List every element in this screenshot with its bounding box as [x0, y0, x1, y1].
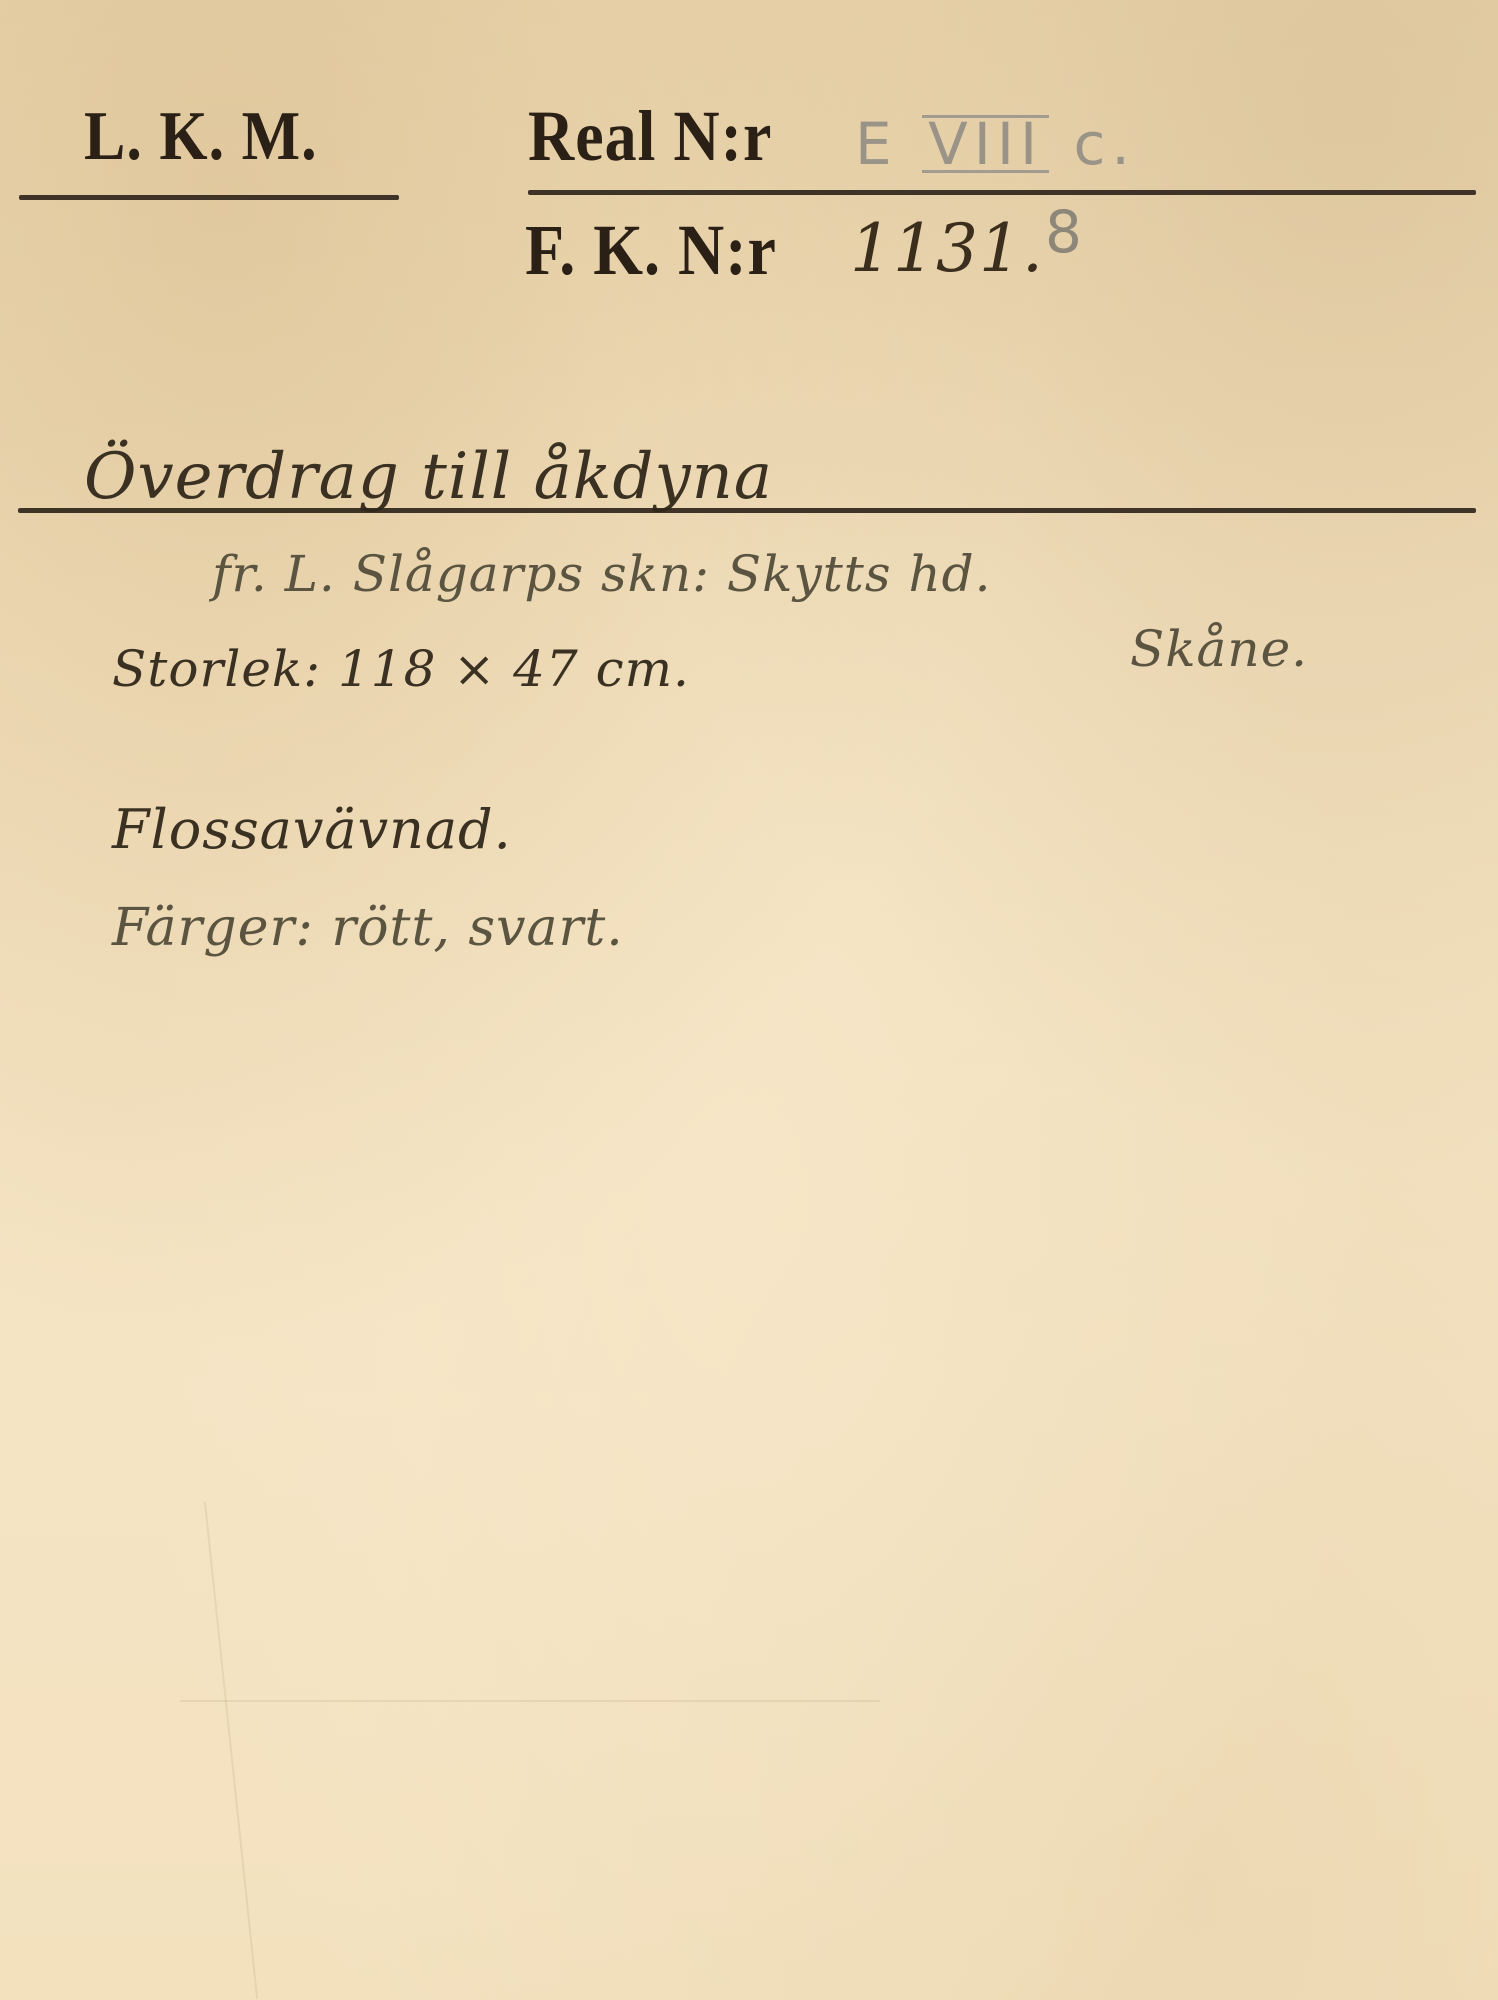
object-title: Överdrag till åkdyna [84, 440, 773, 514]
catalog-card: L. K. M. Real N:r E VIII c. F. K. N:r 11… [0, 0, 1498, 2000]
real-nr-suffix: c. [1074, 110, 1136, 178]
title-rule [18, 508, 1476, 513]
fk-nr-label: F. K. N:r [525, 209, 777, 292]
real-nr-prefix: E [855, 110, 898, 178]
institution-label: L. K. M. [84, 97, 318, 177]
object-colors: Färger: rött, svart. [112, 898, 624, 958]
paper-crease [180, 1700, 880, 1702]
real-nr-label: Real N:r [528, 95, 772, 178]
fk-nr-annotation: 8 [1045, 198, 1083, 266]
institution-underline [19, 195, 399, 200]
real-nr-value: E VIII c. [855, 110, 1136, 178]
object-region: Skåne. [1130, 620, 1308, 678]
object-material: Flossavävnad. [112, 798, 512, 861]
real-nr-rule [528, 190, 1476, 195]
real-nr-roman: VIII [922, 115, 1049, 173]
object-origin: fr. L. Slågarps skn: Skytts hd. [212, 545, 992, 603]
object-size: Storlek: 118 × 47 cm. [112, 640, 690, 698]
fk-nr-value: 1131. [850, 210, 1044, 287]
paper-crease [204, 1501, 258, 1998]
